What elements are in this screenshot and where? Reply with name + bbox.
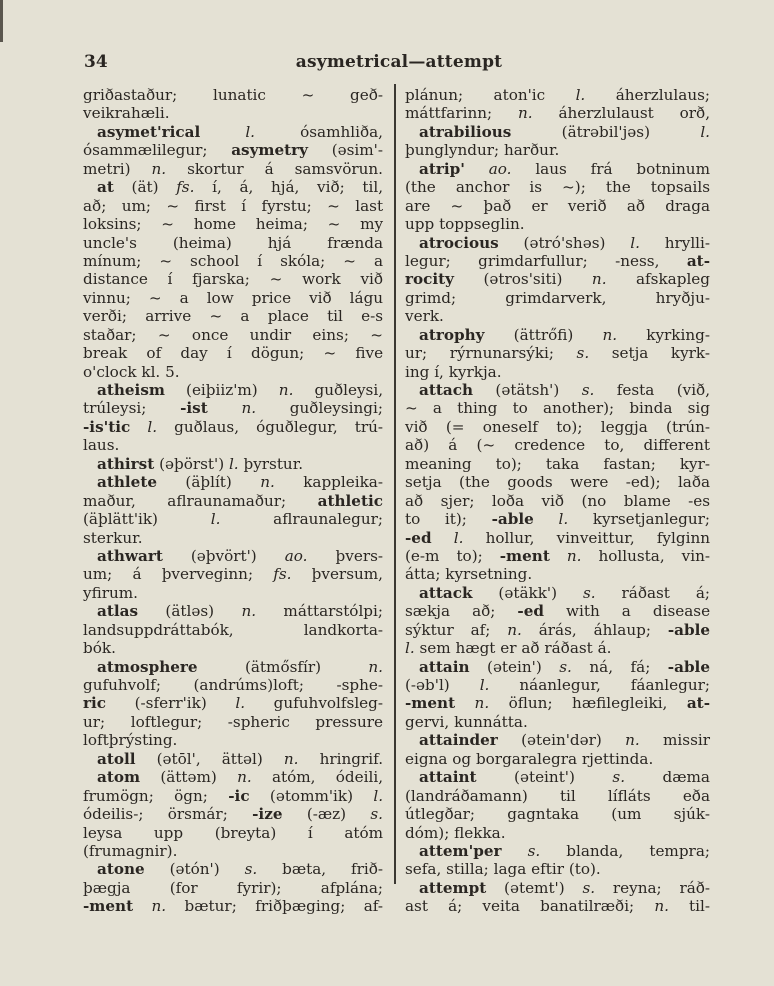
- dictionary-line: verði; arrive ~ a place til e-s: [83, 307, 383, 325]
- dictionary-line: o'clock kl. 5.: [83, 363, 383, 381]
- headword: attack: [419, 584, 472, 602]
- left-column: griðastaður; lunatic ~ geð-veikrahæli.as…: [83, 86, 383, 916]
- text-run: (ät): [132, 178, 159, 196]
- dictionary-line: um; á þverveginn; fs. þversum,: [83, 565, 383, 583]
- derived-form: ric: [83, 694, 106, 712]
- text-run: náanlegur,: [519, 676, 600, 694]
- text-run: samsvörun.: [295, 160, 383, 178]
- text-run: áherzlulaust: [558, 104, 653, 122]
- text-run: (trún-: [666, 418, 710, 436]
- text-run: (əsim'-: [332, 141, 383, 159]
- headword: atlas: [97, 602, 138, 620]
- dictionary-line: attainder (ətein'dər) n. missir: [405, 731, 710, 749]
- text-run: til,: [362, 178, 383, 196]
- dictionary-line: maður, aflraunamaður; athletic: [83, 492, 383, 510]
- pos-abbrev: l.: [558, 510, 568, 528]
- text-run: (ətros'siti): [483, 270, 562, 288]
- pos-abbrev: l.: [700, 123, 710, 141]
- derived-form: -able: [492, 510, 534, 528]
- pos-abbrev: n.: [284, 750, 299, 768]
- text-run: guðleysingi;: [290, 399, 383, 417]
- dictionary-line: ric (-sferr'ik) l. gufuhvolfsleg-: [83, 694, 383, 712]
- text-run: to,: [604, 436, 624, 454]
- text-run: til: [560, 787, 576, 805]
- text-run: a: [180, 289, 189, 307]
- text-run: ná,: [589, 658, 613, 676]
- dictionary-line: ~ a thing to another); binda sig: [405, 399, 710, 417]
- text-run: kyrkja.: [449, 363, 502, 381]
- text-run: þægja: [83, 879, 130, 897]
- pos-abbrev: s.: [577, 344, 590, 362]
- text-run: (ətätsh'): [495, 381, 559, 399]
- dictionary-line: ast á; veita banatilræði; n. til-: [405, 897, 710, 915]
- dictionary-line: ur; rýrnunarsýki; s. setja kyrk-: [405, 344, 710, 362]
- text-run: ~: [159, 252, 172, 270]
- text-run: í: [227, 344, 232, 362]
- text-run: ast: [405, 897, 428, 915]
- text-run: binda: [629, 399, 672, 417]
- derived-form: -ment: [83, 897, 133, 915]
- dictionary-line: atrip' ao. laus frá botninum: [405, 160, 710, 178]
- dictionary-line: meaning to); taka fastan; kyr-: [405, 455, 710, 473]
- text-run: hryðju-: [656, 289, 710, 307]
- text-run: verði;: [83, 307, 127, 325]
- pos-abbrev: l.: [454, 529, 464, 547]
- text-run: atóm,: [272, 768, 316, 786]
- text-run: heima;: [256, 215, 308, 233]
- text-run: place: [268, 307, 309, 325]
- text-run: máttfarinn;: [405, 104, 492, 122]
- text-run: -es: [688, 492, 710, 510]
- text-run: til-: [689, 897, 710, 915]
- column-divider: [394, 84, 396, 884]
- dictionary-line: setja (the goods were -ed); laða: [405, 473, 710, 491]
- text-run: þyrstur.: [243, 455, 303, 473]
- text-run: (um: [611, 805, 641, 823]
- text-run: á,: [239, 178, 253, 196]
- dictionary-line: uncle's (heima) hjá frænda: [83, 234, 383, 252]
- dictionary-line: verk.: [405, 307, 710, 325]
- dictionary-line: frumögn; ögn; -ic (ətomm'ik) l.: [83, 787, 383, 805]
- text-run: ~: [302, 86, 315, 104]
- text-run: að;: [83, 197, 106, 215]
- pos-abbrev: l.: [235, 694, 245, 712]
- dictionary-line: eigna og borgaralegra rjettinda.: [405, 750, 710, 768]
- dictionary-line: vinnu; ~ a low price við lágu: [83, 289, 383, 307]
- text-run: staðar;: [83, 326, 137, 344]
- pos-abbrev: n.: [654, 897, 669, 915]
- dictionary-line: atone (ətón') s. bæta, frið-: [83, 860, 383, 878]
- headword: attem'per: [419, 842, 502, 860]
- text-run: á.: [598, 639, 612, 657]
- text-run: af;: [471, 621, 491, 639]
- dictionary-line: sækja að; -ed with a disease: [405, 602, 710, 620]
- text-run: loksins;: [83, 215, 142, 233]
- text-run: 5.: [165, 363, 180, 381]
- text-run: lágu: [350, 289, 383, 307]
- dictionary-line: atom (ättəm) n. atóm, ódeili,: [83, 768, 383, 786]
- text-run: trúleysi;: [83, 399, 146, 417]
- derived-form: athletic: [318, 492, 383, 510]
- dictionary-line: athlete (äþlít) n. kappleika-: [83, 473, 383, 491]
- dictionary-line: to it); -able l. kyrsetjanlegur;: [405, 510, 710, 528]
- pos-abbrev: l.: [630, 234, 640, 252]
- text-run: þverveginn;: [162, 565, 253, 583]
- text-run: hjá,: [271, 178, 299, 196]
- text-run: eins;: [312, 326, 349, 344]
- text-run: sjer;: [441, 492, 475, 510]
- text-run: kyrking-: [646, 326, 710, 344]
- dictionary-line: sterkur.: [83, 529, 383, 547]
- dictionary-line: (-əb'l) l. náanlegur, fáanlegur;: [405, 676, 710, 694]
- text-run: banatilræði;: [540, 897, 634, 915]
- text-run: fá;: [631, 658, 651, 676]
- derived-form: -able: [668, 621, 710, 639]
- text-run: (əþörst'): [159, 455, 224, 473]
- text-run: festa: [617, 381, 655, 399]
- dictionary-line: leysa upp (breyta) í atóm: [83, 824, 383, 842]
- text-run: (~: [477, 436, 496, 454]
- pos-abbrev: n.: [518, 104, 533, 122]
- text-run: ~: [327, 197, 340, 215]
- dictionary-line: (äþlätt'ik) l. aflraunalegur;: [83, 510, 383, 528]
- dictionary-line: attack (ətäkk') s. ráðast á;: [405, 584, 710, 602]
- text-run: (ətró'shəs): [524, 234, 606, 252]
- text-run: oneself: [483, 418, 538, 436]
- pos-abbrev: n.: [592, 270, 607, 288]
- text-run: guðleysi,: [314, 381, 383, 399]
- text-run: (ətón'): [170, 860, 220, 878]
- text-run: the: [606, 178, 631, 196]
- text-run: first: [195, 197, 226, 215]
- dictionary-line: attempt (ətemt') s. reyna; ráð-: [405, 879, 710, 897]
- dictionary-line: atlas (ätləs) n. máttarstólpi;: [83, 602, 383, 620]
- text-run: (breyta): [215, 824, 277, 842]
- text-run: á: [265, 160, 274, 178]
- text-run: borgaralegra: [476, 750, 577, 768]
- text-run: (eiþiiz'm): [186, 381, 258, 399]
- text-run: í: [308, 824, 313, 842]
- dictionary-line: are ~ það er verið að draga: [405, 197, 710, 215]
- dictionary-line: l. sem hægt er að ráðast á.: [405, 639, 710, 657]
- text-run: fylginn: [657, 529, 710, 547]
- text-run: (ətein'dər): [521, 731, 602, 749]
- text-run: to: [513, 399, 528, 417]
- text-run: (äþlít): [185, 473, 231, 491]
- text-run: (ətomm'ik): [270, 787, 353, 805]
- pos-abbrev: l.: [576, 86, 586, 104]
- text-run: í,: [212, 178, 222, 196]
- text-run: guðlaus,: [174, 418, 239, 436]
- right-column: plánun; aton'ic l. áherzlulaus;máttfarin…: [405, 86, 710, 916]
- text-run: áhlaup;: [594, 621, 651, 639]
- pos-abbrev: n.: [475, 694, 490, 712]
- text-run: máttarstólpi;: [283, 602, 383, 620]
- text-run: í: [257, 252, 262, 270]
- text-run: (for: [170, 879, 198, 897]
- text-run: aflraunalegur;: [273, 510, 383, 528]
- text-run: ~: [343, 252, 356, 270]
- headword: athwart: [97, 547, 163, 565]
- text-run: harður.: [504, 141, 559, 159]
- text-run: að: [521, 639, 539, 657]
- dictionary-line: griðastaður; lunatic ~ geð-: [83, 86, 383, 104]
- text-run: rýrnunarsýki;: [450, 344, 554, 362]
- text-run: hrylli-: [665, 234, 710, 252]
- text-run: (-əb'l): [405, 676, 450, 694]
- text-run: kappleika-: [303, 473, 383, 491]
- text-run: í,: [434, 363, 444, 381]
- text-run: í: [241, 197, 246, 215]
- text-run: yfirum.: [83, 584, 138, 602]
- pos-abbrev: s.: [245, 860, 258, 878]
- text-run: aflraunamaður;: [167, 492, 286, 510]
- dictionary-line: máttfarinn; n. áherzlulaust orð,: [405, 104, 710, 122]
- dictionary-line: attem'per s. blanda, tempra;: [405, 842, 710, 860]
- text-run: legur;: [405, 252, 451, 270]
- text-run: hjá: [268, 234, 292, 252]
- text-run: different: [644, 436, 711, 454]
- text-run: a: [433, 399, 442, 417]
- text-run: with: [566, 602, 600, 620]
- dictionary-line: upp toppseglin.: [405, 215, 710, 233]
- text-run: árás,: [539, 621, 577, 639]
- dictionary-line: loksins; ~ home heima; ~ my: [83, 215, 383, 233]
- text-run: leggja: [601, 418, 648, 436]
- text-run: -sphe-: [336, 676, 383, 694]
- text-run: griðastaður;: [83, 86, 177, 104]
- text-run: að: [627, 197, 645, 215]
- text-run: to: [405, 510, 420, 528]
- text-run: toppseglin.: [439, 215, 525, 233]
- headword: attaint: [419, 768, 477, 786]
- dictionary-line: atrophy (ättrőfi) n. kyrking-: [405, 326, 710, 344]
- text-run: frá: [591, 160, 613, 178]
- text-run: verk.: [405, 307, 444, 325]
- text-run: (e-m: [405, 547, 439, 565]
- dictionary-line: athwart (əþvört') ao. þvers-: [83, 547, 383, 565]
- pos-abbrev: l.: [373, 787, 383, 805]
- text-run: afplána;: [321, 879, 383, 897]
- text-run: bæta,: [282, 860, 326, 878]
- derived-form: -ed: [517, 602, 544, 620]
- text-run: ~: [370, 326, 383, 344]
- text-run: e-s: [361, 307, 383, 325]
- text-run: (to).: [569, 860, 601, 878]
- pos-abbrev: s.: [370, 805, 383, 823]
- text-run: skortur: [187, 160, 244, 178]
- text-run: meaning: [405, 455, 472, 473]
- text-run: á;: [696, 584, 710, 602]
- text-run: is: [529, 178, 542, 196]
- dictionary-line: laus.: [83, 436, 383, 454]
- headword: atrocious: [419, 234, 499, 252]
- pos-abbrev: n.: [260, 473, 275, 491]
- text-run: í: [168, 270, 173, 288]
- text-run: topsails: [651, 178, 710, 196]
- text-run: (við,: [677, 381, 710, 399]
- dictionary-line: gufuhvolf; (andrúms)loft; -sphe-: [83, 676, 383, 694]
- headword: asymet'rical: [97, 123, 200, 141]
- dictionary-line: -is'tic l. guðlaus, óguðlegur, trú-: [83, 418, 383, 436]
- text-run: loða: [492, 492, 524, 510]
- text-run: arrive: [145, 307, 191, 325]
- text-run: af-: [364, 897, 383, 915]
- text-run: sjúk-: [674, 805, 710, 823]
- text-run: distance: [83, 270, 148, 288]
- text-run: ráðast: [544, 639, 592, 657]
- text-run: ur;: [405, 344, 427, 362]
- text-run: á: [448, 436, 457, 454]
- text-run: flekka.: [454, 824, 505, 842]
- text-run: fáanlegur;: [631, 676, 710, 694]
- text-run: sterkur.: [83, 529, 143, 547]
- text-run: (andrúms)loft;: [193, 676, 304, 694]
- text-run: veikrahæli.: [83, 104, 170, 122]
- text-run: to);: [556, 418, 582, 436]
- pos-abbrev: l.: [480, 676, 490, 694]
- dictionary-line: sefa, stilla; laga eftir (to).: [405, 860, 710, 878]
- pos-abbrev: l.: [229, 455, 239, 473]
- headword: atrophy: [419, 326, 484, 344]
- pos-abbrev: fs.: [176, 178, 194, 196]
- pos-abbrev: n.: [152, 897, 167, 915]
- dictionary-line: staðar; ~ once undir eins; ~: [83, 326, 383, 344]
- running-head: asymetrical—attempt: [84, 52, 714, 72]
- pos-abbrev: n.: [602, 326, 617, 344]
- text-run: break: [83, 344, 127, 362]
- text-run: loftlegur;: [131, 713, 202, 731]
- text-run: are: [405, 197, 430, 215]
- text-run: plánun;: [405, 86, 463, 104]
- text-run: ~: [149, 289, 162, 307]
- headword: atoll: [97, 750, 136, 768]
- dictionary-line: gervi, kunnátta.: [405, 713, 710, 731]
- text-run: ~: [328, 215, 341, 233]
- dictionary-line: að) á (~ credence to, different: [405, 436, 710, 454]
- text-run: að;: [472, 602, 495, 620]
- text-run: (ətein'): [487, 658, 542, 676]
- derived-form: -ment: [405, 694, 455, 712]
- text-run: grimd;: [405, 289, 456, 307]
- text-run: dóm);: [405, 824, 449, 842]
- text-run: blame: [624, 492, 671, 510]
- text-run: goods: [507, 473, 553, 491]
- text-run: trú-: [355, 418, 383, 436]
- text-run: ~: [161, 215, 174, 233]
- pos-abbrev: n.: [368, 658, 383, 676]
- text-run: við: [360, 270, 383, 288]
- dictionary-line: bók.: [83, 639, 383, 657]
- text-run: hægt: [456, 639, 496, 657]
- text-run: um;: [83, 565, 112, 583]
- dictionary-line: þægja (for fyrir); afplána;: [83, 879, 383, 897]
- text-run: er: [531, 197, 547, 215]
- text-run: hæfilegleiki,: [572, 694, 667, 712]
- text-run: dæma: [663, 768, 710, 786]
- dictionary-line: athirst (əþörst') l. þyrstur.: [83, 455, 383, 473]
- dictionary-line: rocity (ətros'siti) n. afskapleg: [405, 270, 710, 288]
- text-run: thing: [457, 399, 497, 417]
- page-edge-mark: [0, 0, 3, 42]
- dictionary-line: break of day í dögun; ~ five: [83, 344, 383, 362]
- text-run: school: [190, 252, 239, 270]
- headword: atrip': [419, 160, 465, 178]
- text-run: to);: [496, 455, 522, 473]
- text-run: vinveittur,: [557, 529, 635, 547]
- text-run: er: [500, 639, 516, 657]
- text-run: grimdarverk,: [505, 289, 606, 307]
- text-run: ~);: [562, 178, 586, 196]
- text-run: útlegðar;: [405, 805, 475, 823]
- dictionary-line: at (ät) fs. í, á, hjá, við; til,: [83, 178, 383, 196]
- text-run: a: [374, 252, 383, 270]
- text-run: undir: [250, 326, 291, 344]
- text-run: home: [194, 215, 236, 233]
- text-run: (ättəm): [160, 768, 217, 786]
- text-run: skóla;: [280, 252, 325, 270]
- text-run: landsuppdráttabók,: [83, 621, 234, 639]
- dictionary-line: distance í fjarska; ~ work við: [83, 270, 383, 288]
- pos-abbrev: n.: [567, 547, 582, 565]
- text-run: ódeili,: [336, 768, 383, 786]
- dictionary-line: -ment n. öflun; hæfilegleiki, at-: [405, 694, 710, 712]
- text-run: five: [355, 344, 383, 362]
- text-run: bók.: [83, 639, 116, 657]
- dictionary-line: plánun; aton'ic l. áherzlulaus;: [405, 86, 710, 104]
- pos-abbrev: l.: [211, 510, 221, 528]
- headword: attempt: [419, 879, 486, 897]
- dictionary-line: grimd; grimdarverk, hryðju-: [405, 289, 710, 307]
- text-run: metri): [83, 160, 131, 178]
- text-run: örsmár;: [168, 805, 228, 823]
- text-run: taka: [546, 455, 579, 473]
- text-run: ~: [166, 197, 179, 215]
- text-run: við;: [317, 178, 345, 196]
- text-run: kyrk-: [671, 344, 710, 362]
- text-run: were: [570, 473, 608, 491]
- text-run: orð,: [680, 104, 710, 122]
- headword: athirst: [97, 455, 154, 473]
- text-run: að: [405, 492, 423, 510]
- text-run: -ed);: [626, 473, 661, 491]
- text-run: (ätmősfír): [245, 658, 321, 676]
- pos-abbrev: ao.: [489, 160, 512, 178]
- text-run: uncle's: [83, 234, 137, 252]
- dictionary-line: að sjer; loða við (no blame -es: [405, 492, 710, 510]
- pos-abbrev: ao.: [285, 547, 308, 565]
- text-run: (əþvört'): [191, 547, 257, 565]
- text-run: kyrsetjanlegur;: [593, 510, 710, 528]
- text-run: ~: [450, 197, 463, 215]
- text-run: (-sferr'ik): [135, 694, 207, 712]
- pos-abbrev: s.: [583, 584, 596, 602]
- text-run: eftir: [531, 860, 564, 878]
- dictionary-line: attach (ətätsh') s. festa (við,: [405, 381, 710, 399]
- text-run: draga: [665, 197, 710, 215]
- dictionary-line: landsuppdráttabók, landkorta-: [83, 621, 383, 639]
- text-run: botninum: [636, 160, 710, 178]
- dictionary-line: trúleysi; -ist n. guðleysingi;: [83, 399, 383, 417]
- text-run: o'clock: [83, 363, 137, 381]
- text-run: setja: [612, 344, 649, 362]
- text-run: reyna;: [613, 879, 662, 897]
- text-run: ósamhliða,: [300, 123, 383, 141]
- text-run: gufuhvolfsleg-: [274, 694, 383, 712]
- pos-abbrev: n.: [241, 602, 256, 620]
- text-run: (no: [581, 492, 606, 510]
- text-run: rjettinda.: [582, 750, 653, 768]
